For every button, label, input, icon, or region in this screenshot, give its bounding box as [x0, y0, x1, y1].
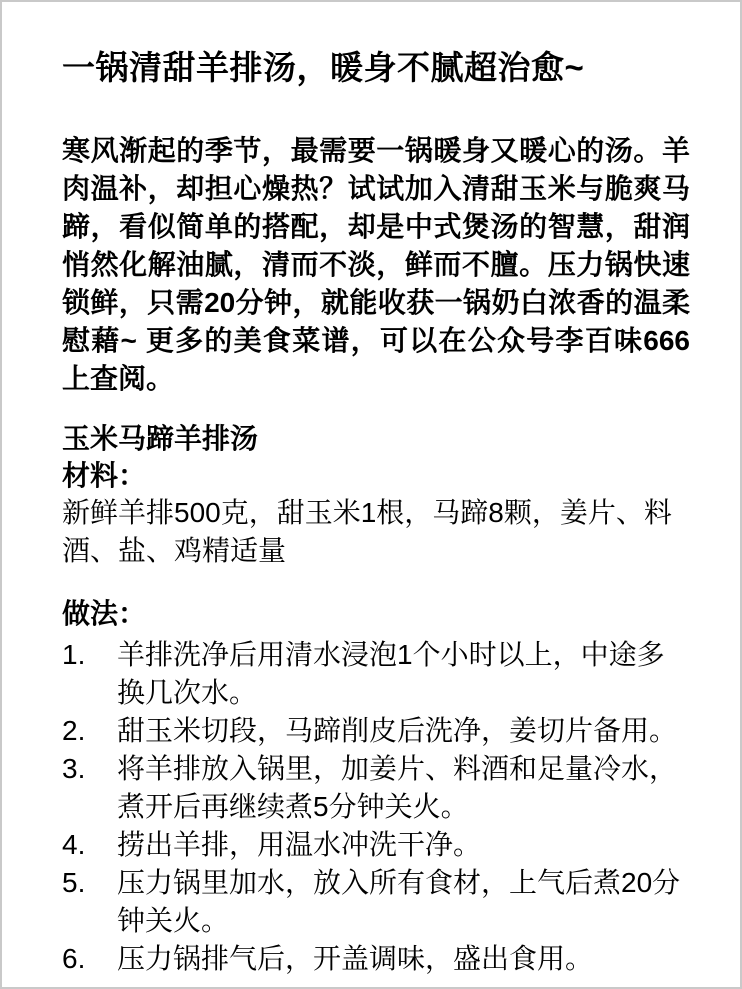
steps-label: 做法：	[62, 595, 690, 632]
step-number: 2.	[62, 712, 117, 750]
step-item: 1. 羊排洗净后用清水浸泡1个小时以上，中途多换几次水。	[62, 636, 690, 712]
step-number: 3.	[62, 750, 117, 788]
step-number: 6.	[62, 940, 117, 978]
step-item: 2. 甜玉米切段，马蹄削皮后洗净，姜切片备用。	[62, 712, 690, 750]
step-text: 将羊排放入锅里，加姜片、料酒和足量冷水，煮开后再继续煮5分钟关火。	[117, 750, 690, 826]
page-title: 一锅清甜羊排汤，暖身不腻超治愈~	[62, 48, 690, 88]
ingredients-text: 新鲜羊排500克，甜玉米1根，马蹄8颗，姜片、料酒、盐、鸡精适量	[62, 494, 690, 570]
step-text: 压力锅排气后，开盖调味，盛出食用。	[117, 940, 690, 978]
step-number: 1.	[62, 636, 117, 674]
recipe-name: 玉米马蹄羊排汤	[62, 420, 690, 457]
step-item: 4. 捞出羊排，用温水冲洗干净。	[62, 826, 690, 864]
step-text: 甜玉米切段，马蹄削皮后洗净，姜切片备用。	[117, 712, 690, 750]
step-text: 压力锅里加水，放入所有食材，上气后煮20分钟关火。	[117, 864, 690, 940]
steps-list: 1. 羊排洗净后用清水浸泡1个小时以上，中途多换几次水。 2. 甜玉米切段，马蹄…	[62, 636, 690, 978]
step-number: 4.	[62, 826, 117, 864]
step-number: 5.	[62, 864, 117, 902]
step-text: 羊排洗净后用清水浸泡1个小时以上，中途多换几次水。	[117, 636, 690, 712]
ingredients-label: 材料：	[62, 457, 690, 494]
step-item: 5. 压力锅里加水，放入所有食材，上气后煮20分钟关火。	[62, 864, 690, 940]
step-text: 捞出羊排，用温水冲洗干净。	[117, 826, 690, 864]
step-item: 6. 压力锅排气后，开盖调味，盛出食用。	[62, 940, 690, 978]
recipe-page: 一锅清甜羊排汤，暖身不腻超治愈~ 寒风渐起的季节，最需要一锅暖身又暖心的汤。羊肉…	[0, 0, 742, 989]
intro-paragraph: 寒风渐起的季节，最需要一锅暖身又暖心的汤。羊肉温补，却担心燥热？试试加入清甜玉米…	[62, 132, 690, 398]
step-item: 3. 将羊排放入锅里，加姜片、料酒和足量冷水，煮开后再继续煮5分钟关火。	[62, 750, 690, 826]
